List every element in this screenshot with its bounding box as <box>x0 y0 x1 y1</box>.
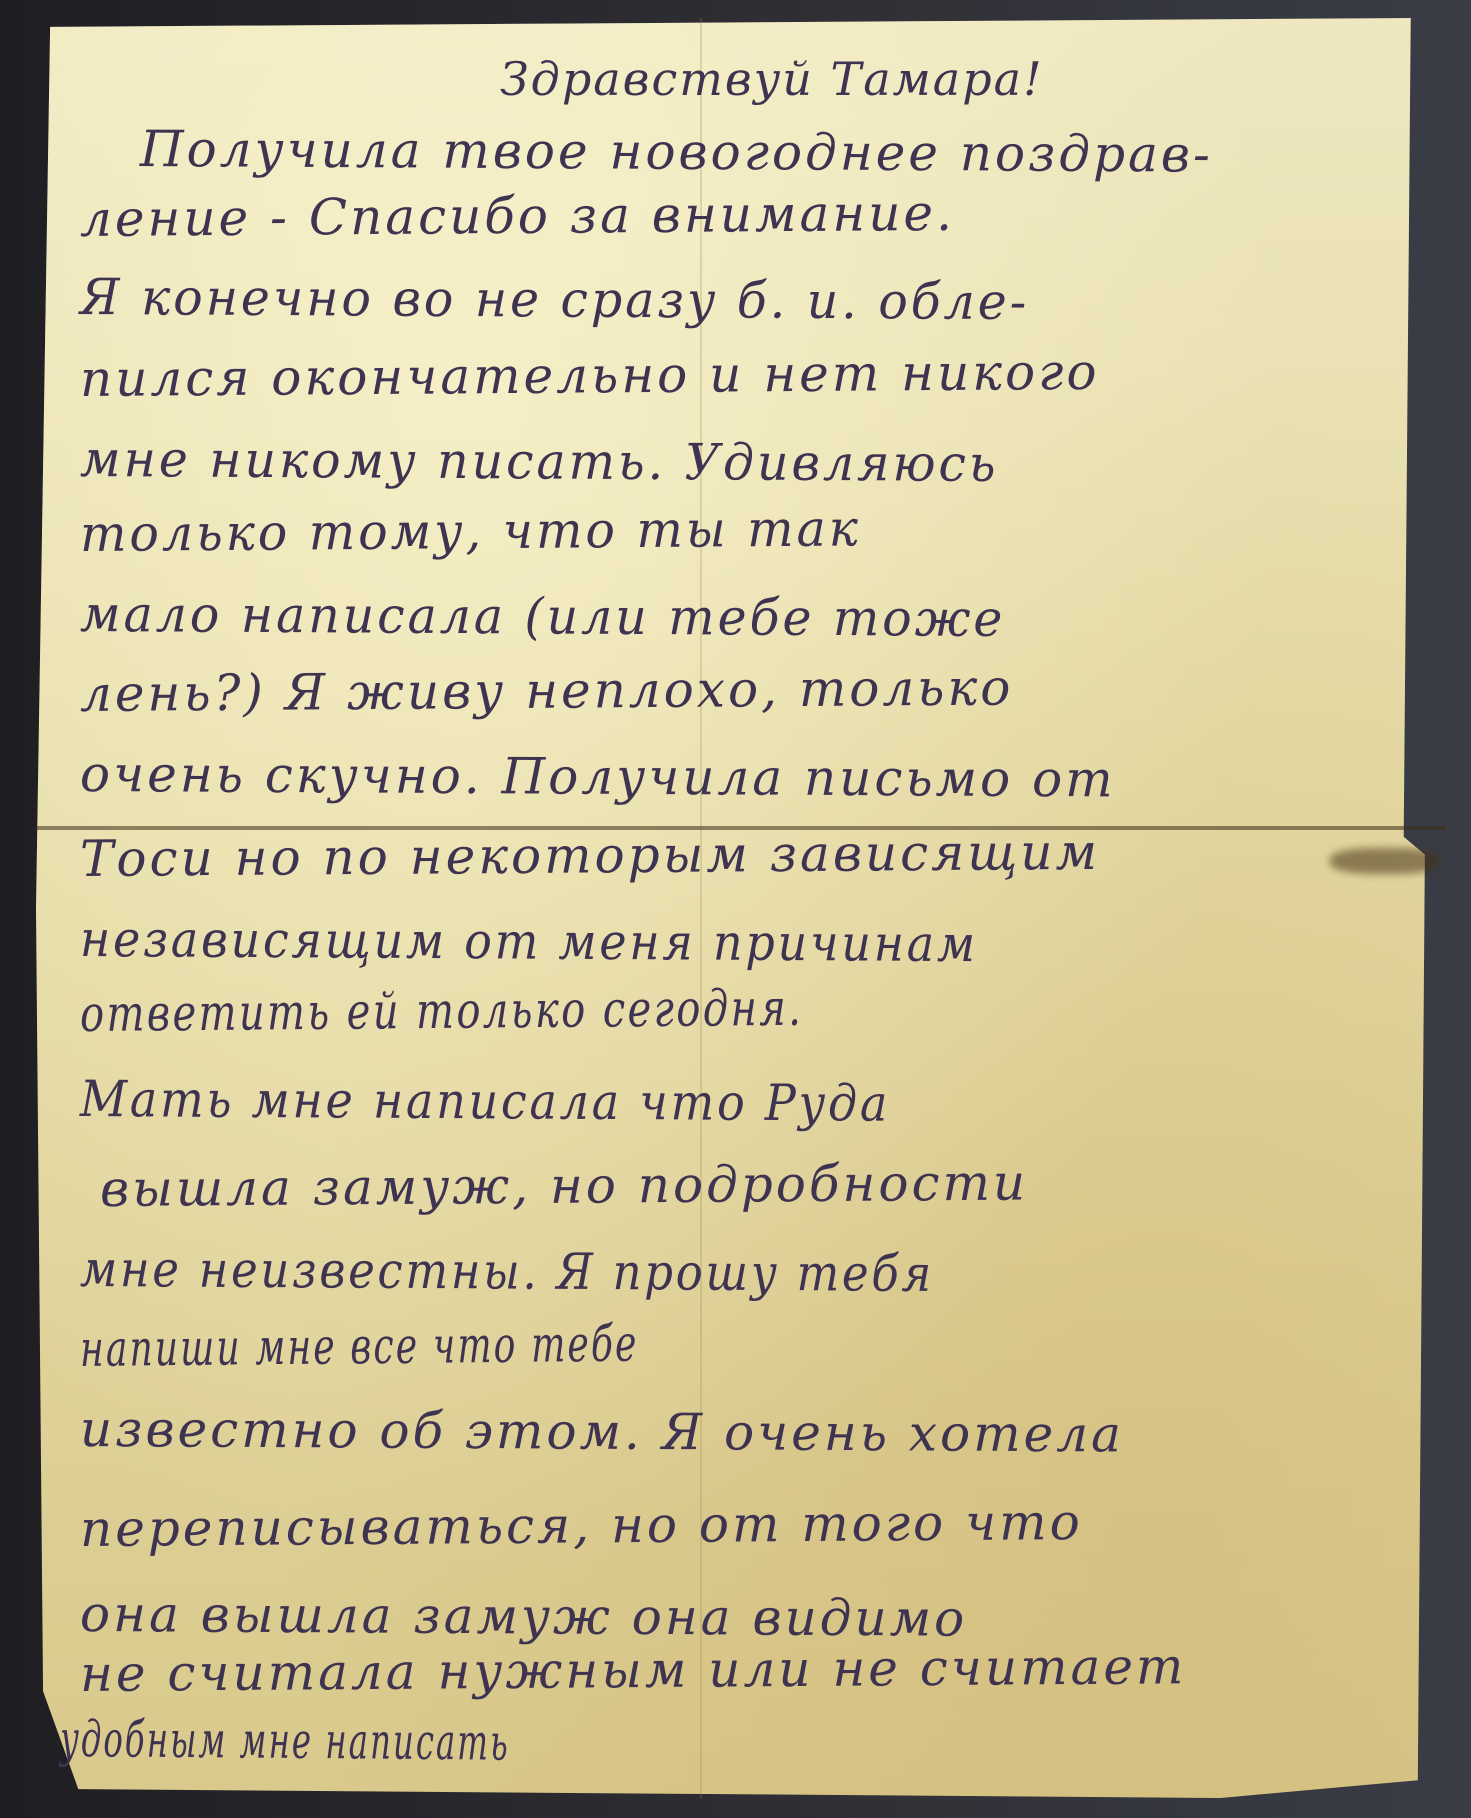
letter-line: лень?) Я живу неплохо, только <box>80 658 1014 723</box>
letter-line: не считала нужным или не считает <box>80 1637 1187 1703</box>
letter-line: переписываться, но от того что <box>80 1493 1083 1558</box>
letter-line: ответить ей только сегодня. <box>80 979 804 1043</box>
greeting: Здравствуй Тамара! <box>500 52 1044 106</box>
letter-line: мне никому писать. Удивляюсь <box>80 430 999 493</box>
letter-line: напиши мне все что тебе <box>80 1315 639 1378</box>
letter-line: пился окончательно и нет никого <box>80 343 1100 408</box>
paper-stain <box>1330 848 1440 874</box>
letter-line: Мать мне написала что Руда <box>80 1070 890 1133</box>
letter-line: только тому, что ты так <box>80 499 861 563</box>
letter-line: очень скучно. Получила письмо от <box>80 745 1116 808</box>
letter-line: мало написала (или тебе тоже <box>80 585 1006 648</box>
letter-line: Я конечно во не сразу б. и. обле- <box>80 268 1029 331</box>
letter-line: она вышла замуж она видимо <box>80 1585 968 1648</box>
letter-line: удобным мне написать <box>60 1710 510 1772</box>
letter-line: независящим от меня причинам <box>80 910 978 973</box>
letter-line: мне неизвестны. Я прошу тебя <box>80 1240 934 1303</box>
letter-line: известно об этом. Я очень хотела <box>80 1400 1124 1463</box>
letter-line: вышла замуж, но подробности <box>100 1154 1028 1218</box>
letter-line: Тоси но по некоторым зависящим <box>80 823 1100 888</box>
letter-line: Получила твое новогоднее поздрав- <box>140 120 1213 184</box>
letter-line: ление - Спасибо за внимание. <box>80 184 955 248</box>
